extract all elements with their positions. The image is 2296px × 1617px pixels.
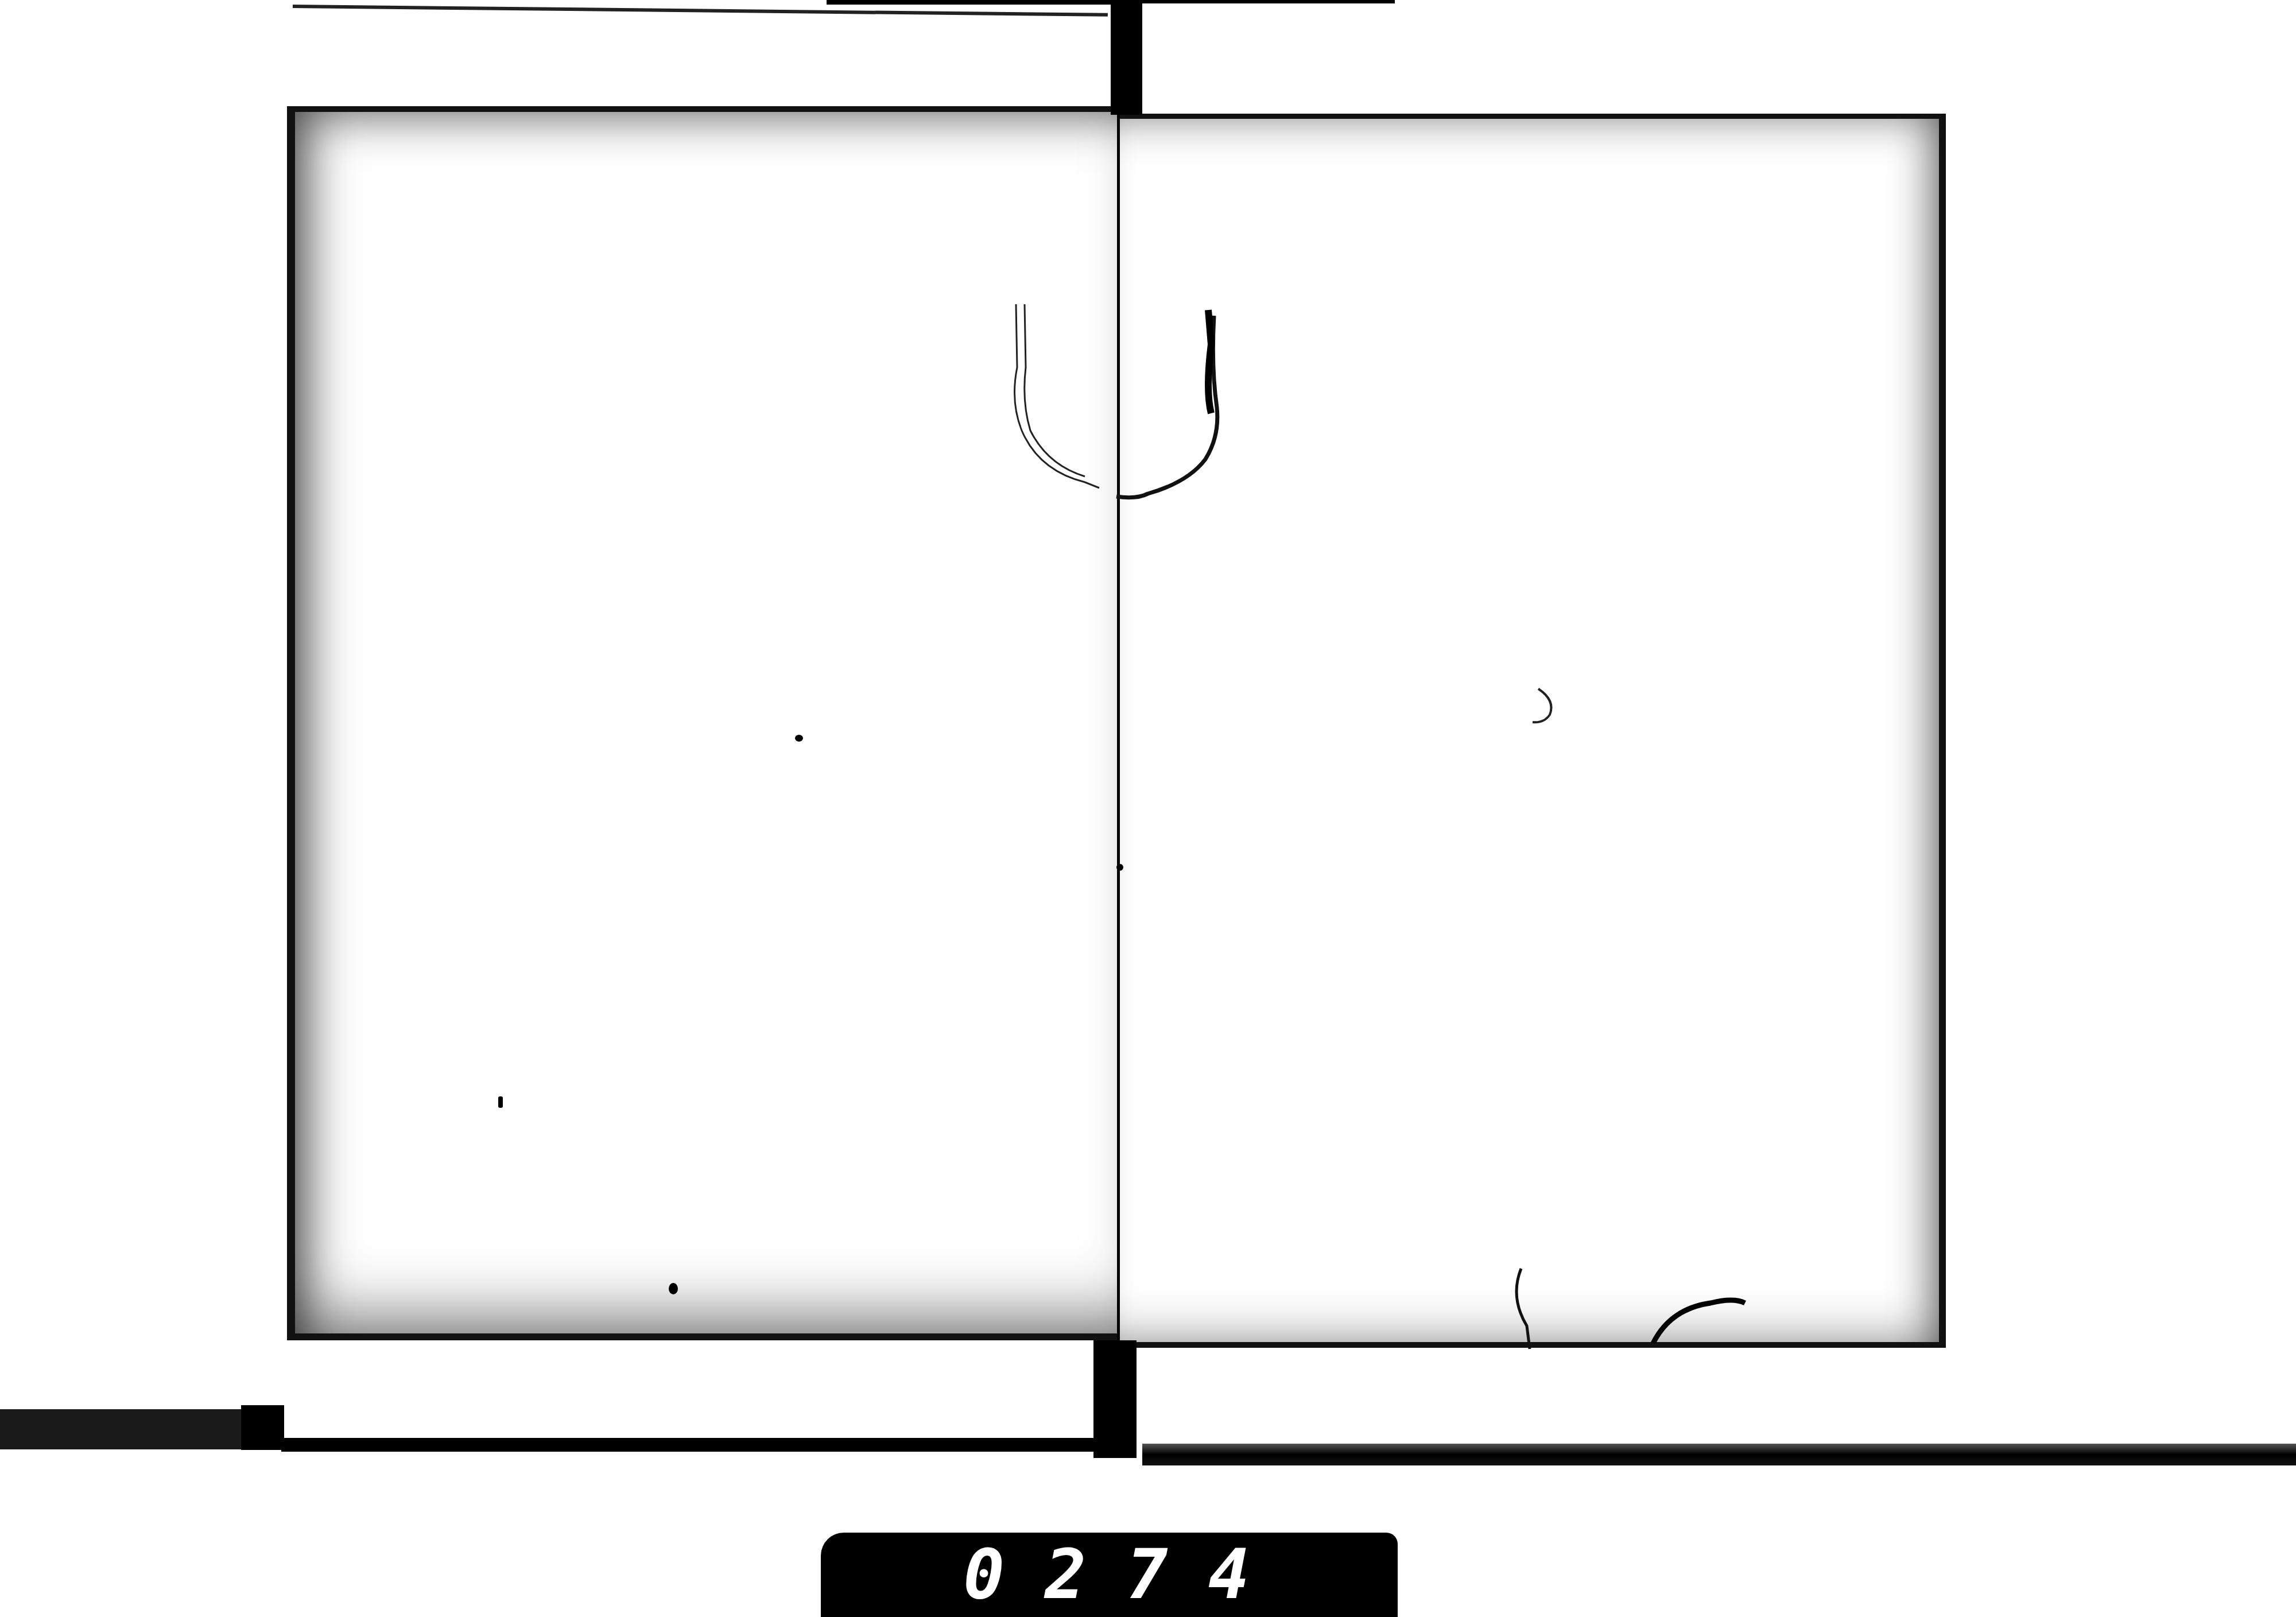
previous-page-edge <box>293 5 1108 17</box>
film-band-middle <box>281 1438 1096 1452</box>
binding-thread-icon <box>999 298 1240 511</box>
frame-number: 0274 <box>929 1535 1290 1615</box>
film-band-left <box>0 1409 281 1449</box>
right-page <box>1119 114 1946 1348</box>
film-edge-top <box>827 0 1114 5</box>
mark-icon <box>1527 683 1561 729</box>
speck <box>795 735 803 742</box>
spine-shadow-top <box>1111 0 1142 115</box>
frame-number-label: 0274 <box>821 1533 1398 1617</box>
speck <box>669 1283 678 1294</box>
film-band-right <box>1142 1444 2296 1465</box>
spine-shadow-bottom <box>1093 1340 1137 1458</box>
speck <box>1116 864 1123 871</box>
film-edge-top-right <box>1142 0 1395 3</box>
book-spine <box>1117 109 1120 1349</box>
speck <box>498 1096 503 1108</box>
film-band-cap <box>241 1405 284 1450</box>
page-tear-icon <box>1504 1263 1768 1355</box>
left-page <box>287 106 1119 1340</box>
